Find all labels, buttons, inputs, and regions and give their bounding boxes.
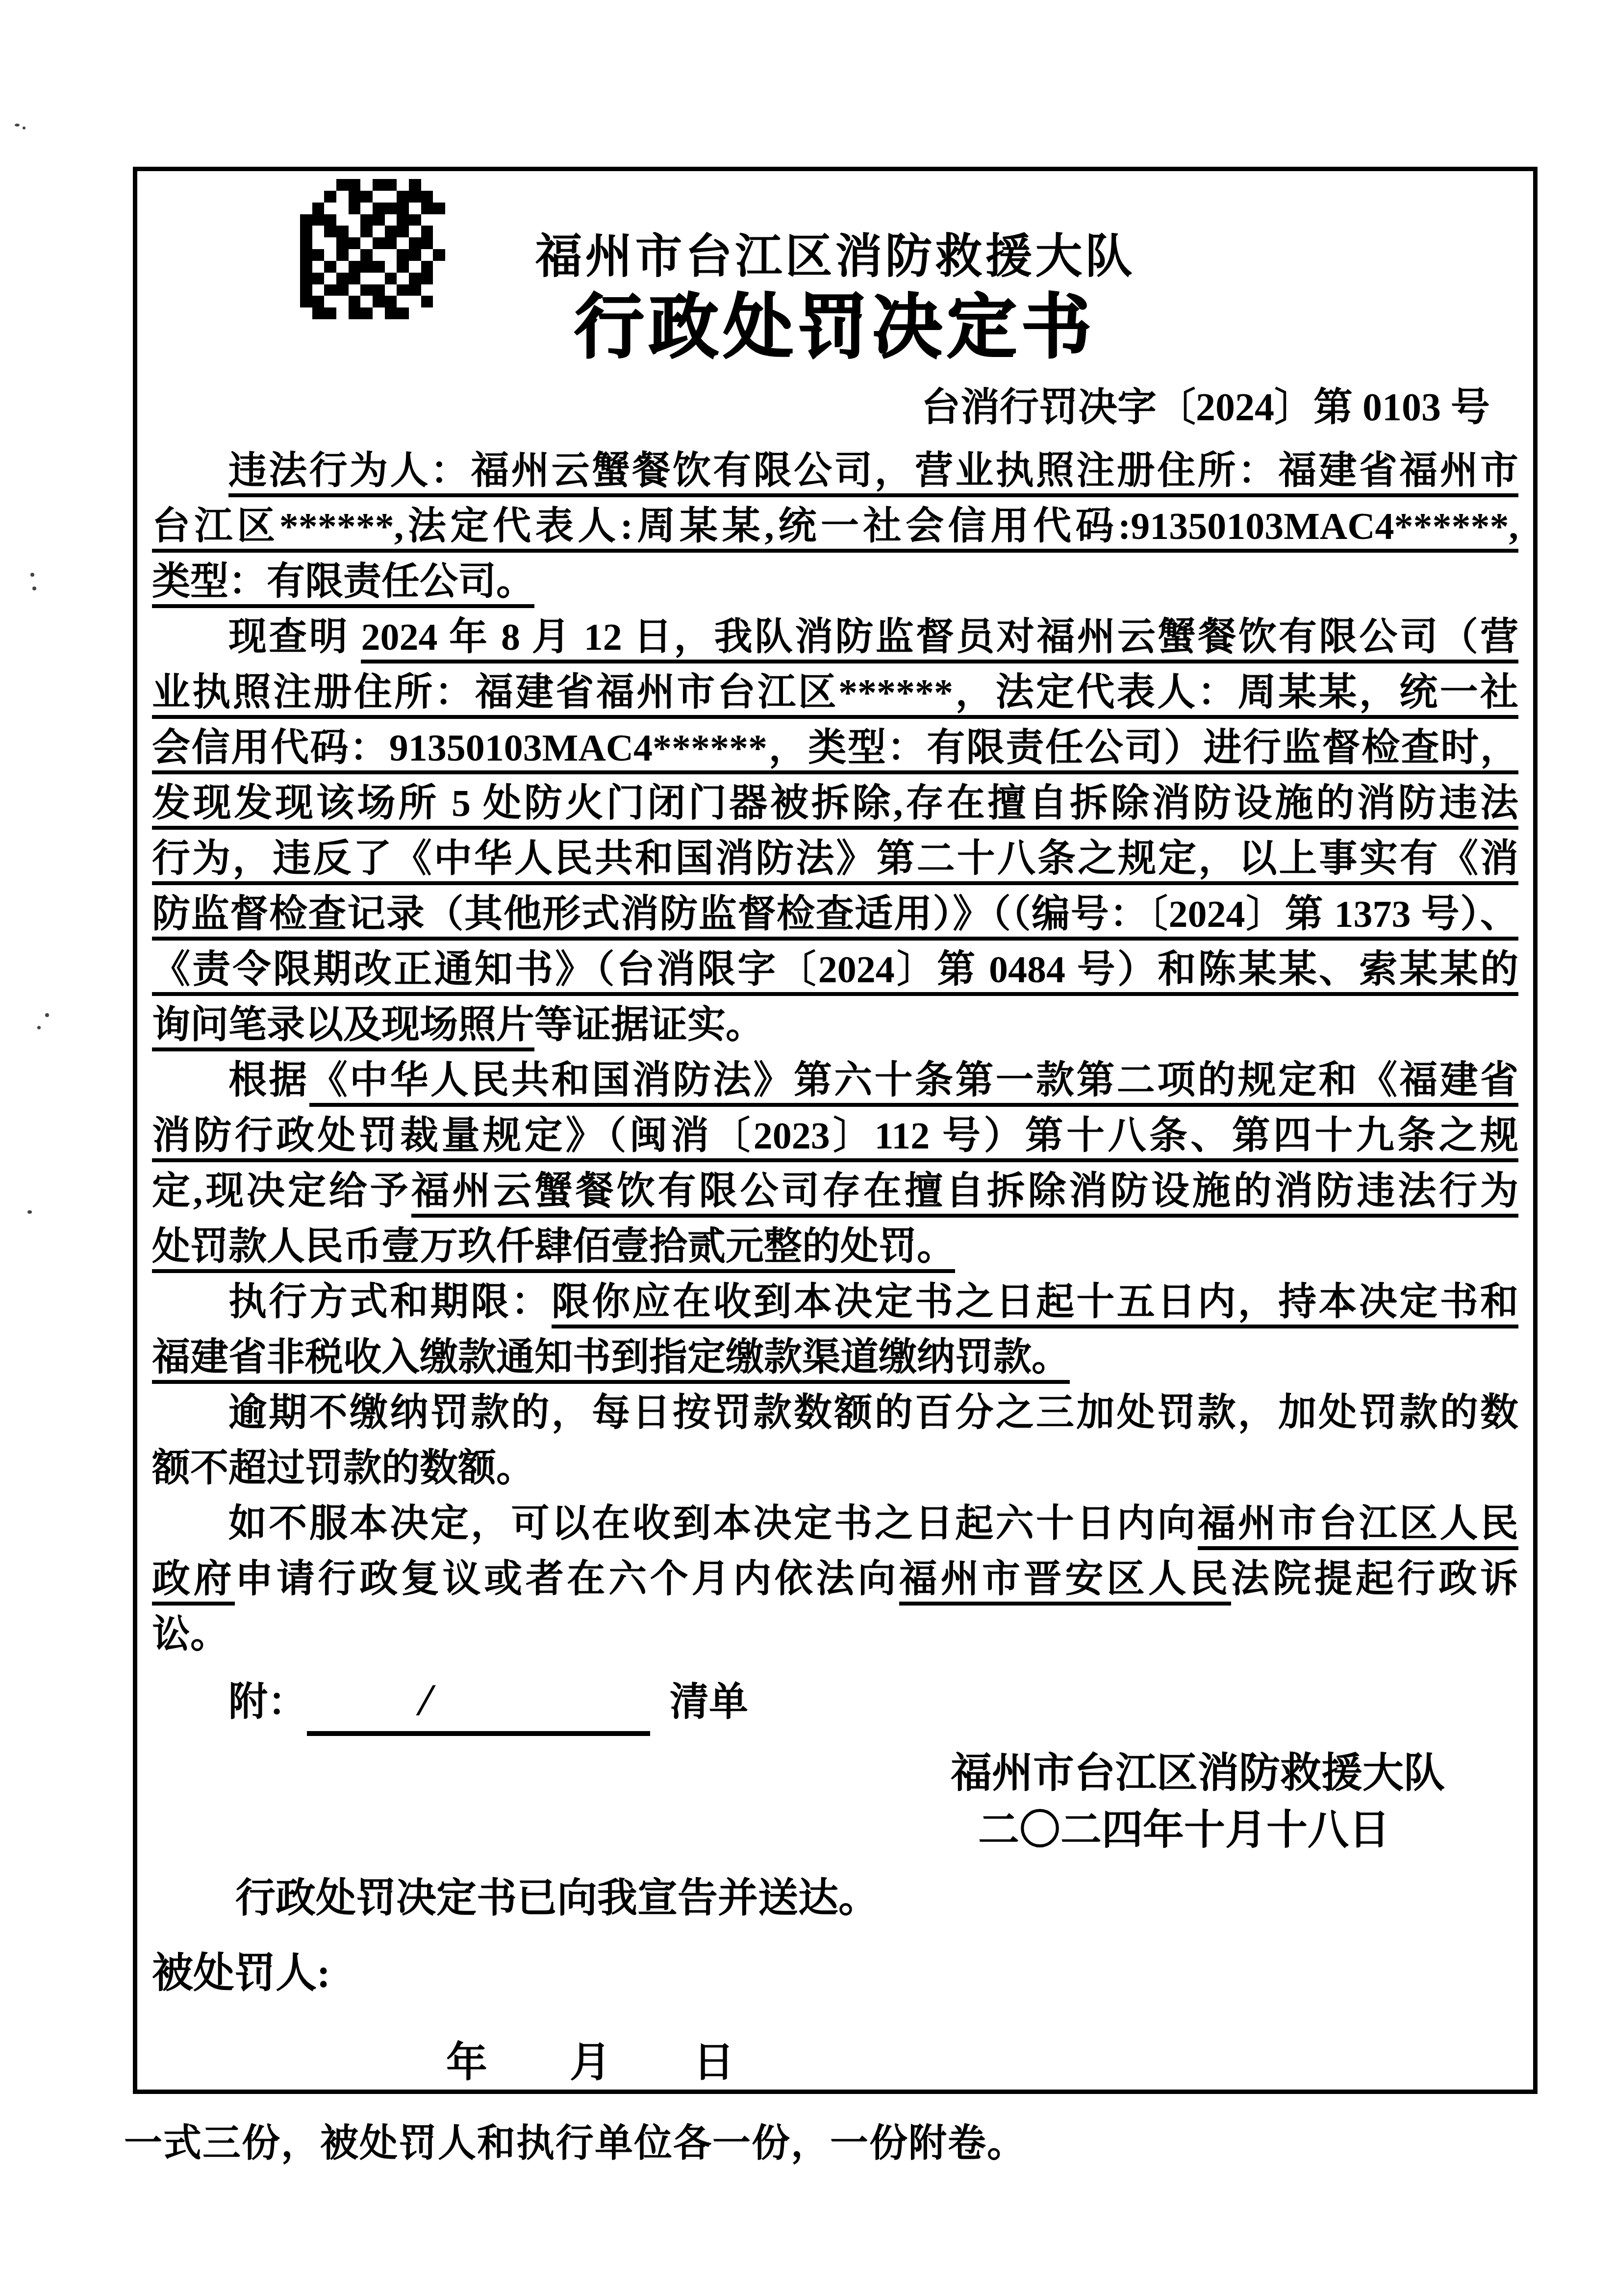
signature-date: 二〇二四年十月十八日 [152, 1802, 1518, 1859]
qr-module [421, 307, 433, 319]
data-matrix-code [300, 179, 445, 319]
qr-module [349, 284, 361, 296]
qr-module [300, 307, 312, 319]
qr-module [349, 261, 361, 273]
qr-module [312, 179, 325, 191]
qr-module [324, 261, 336, 273]
qr-module [397, 249, 409, 261]
qr-module [312, 307, 325, 319]
qr-module [312, 249, 325, 261]
scan-artifact [32, 587, 36, 590]
qr-module [373, 284, 385, 296]
qr-module [373, 214, 385, 226]
qr-module [324, 307, 336, 319]
qr-module [349, 307, 361, 319]
underlined-text: 台江区******,法定代表人:周某某,统一社会信用代码:91350103MAC… [152, 505, 1518, 553]
qr-module [421, 214, 433, 226]
qr-module [421, 203, 433, 214]
qr-module [385, 226, 397, 237]
qr-module [409, 237, 421, 249]
qr-module [360, 249, 373, 261]
body-line: 处罚款人民币壹万玖仟肆佰壹拾贰元整的处罚。 [152, 1219, 1518, 1274]
qr-module [433, 226, 445, 237]
scanned-document-page: { "page": { "org_name": "福州市台江区消防救援大队", … [0, 0, 1614, 2296]
qr-module [324, 273, 336, 284]
plain-text: 定,现决定给予 [152, 1170, 411, 1212]
attachment-label: 附： [228, 1681, 307, 1724]
qr-module [300, 179, 312, 191]
body-line: 额不超过罚款的数额。 [152, 1440, 1518, 1496]
scan-artifact [15, 124, 20, 127]
body-line: 逾期不缴纳罚款的，每日按罚款数额的百分之三加处罚款，加处罚款的数 [152, 1385, 1518, 1440]
qr-module [336, 237, 349, 249]
qr-module [349, 226, 361, 237]
underlined-text: 业执照注册住所：福建省福州市台江区******，法定代表人：周某某，统一社 [152, 671, 1518, 719]
body-line: 消防行政处罚裁量规定》（闽消〔2023〕112 号）第十八条、第四十九条之规 [152, 1108, 1518, 1163]
underlined-text: 2024 年 8 月 12 日，我队消防监督员对福州云蟹餐饮有限公司（营 [361, 615, 1518, 663]
body-line: 询问笔录以及现场照片等证据证实。 [152, 997, 1518, 1052]
underlined-text: 福建省非税收入缴款通知书到指定缴款渠道缴纳罚款。 [152, 1336, 1070, 1384]
qr-module [421, 261, 433, 273]
qr-module [336, 273, 349, 284]
qr-module [385, 179, 397, 191]
qr-module [397, 226, 409, 237]
qr-module [349, 179, 361, 191]
qr-module [397, 237, 409, 249]
scan-artifact [23, 127, 25, 129]
qr-module [409, 226, 421, 237]
qr-module [349, 237, 361, 249]
plain-text: 执行方式和期限： [228, 1280, 552, 1323]
qr-module [433, 307, 445, 319]
qr-module [409, 191, 421, 203]
underlined-text: 违法行为人：福州云蟹餐饮有限公司，营业执照注册住所：福建省福州市 [228, 449, 1518, 497]
body-line: 类型：有限责任公司。 [152, 554, 1518, 609]
body-line: 业执照注册住所：福建省福州市台江区******，法定代表人：周某某，统一社 [152, 664, 1518, 720]
qr-module [409, 214, 421, 226]
body-line: 政府申请行政复议或者在六个月内依法向福州市晋安区人民法院提起行政诉 [152, 1551, 1518, 1607]
qr-module [373, 179, 385, 191]
qr-module [397, 179, 409, 191]
qr-module [336, 226, 349, 237]
qr-module [349, 273, 361, 284]
qr-module [373, 203, 385, 214]
qr-module [300, 214, 312, 226]
body-line: 防监督检查记录（其他形式消防监督检查适用）》（（编号：〔2024〕第 1373 … [152, 886, 1518, 942]
plain-text: 如不服本决定，可以在收到本决定书之日起六十日内向 [228, 1502, 1198, 1545]
qr-module [409, 296, 421, 307]
qr-module [324, 296, 336, 307]
scan-artifact [30, 573, 34, 577]
qr-module [324, 179, 336, 191]
qr-module [360, 203, 373, 214]
qr-module [409, 261, 421, 273]
qr-module [300, 249, 312, 261]
qr-module [373, 296, 385, 307]
qr-module [324, 237, 336, 249]
qr-module [349, 214, 361, 226]
qr-module [421, 273, 433, 284]
qr-module [409, 273, 421, 284]
qr-module [397, 296, 409, 307]
qr-module [324, 214, 336, 226]
body-line: 根据《中华人民共和国消防法》第六十条第一款第二项的规定和《福建省 [152, 1052, 1518, 1108]
qr-module [336, 203, 349, 214]
underlined-text: 会信用代码：91350103MAC4******，类型：有限责任公司）进行监督检… [152, 726, 1518, 774]
qr-module [312, 296, 325, 307]
scan-artifact [27, 1210, 32, 1214]
qr-module [312, 226, 325, 237]
qr-module [433, 261, 445, 273]
qr-module [373, 307, 385, 319]
qr-module [324, 191, 336, 203]
underlined-text: 政府 [152, 1557, 235, 1606]
underlined-text: 消防行政处罚裁量规定》（闽消〔2023〕112 号）第十八条、第四十九条之规 [152, 1114, 1518, 1162]
qr-module [312, 261, 325, 273]
underlined-text: 福州市台江区人民 [1198, 1502, 1518, 1550]
qr-module [336, 249, 349, 261]
qr-module [312, 273, 325, 284]
underlined-text: 限你应在收到本决定书之日起十五日内，持本决定书和 [552, 1280, 1518, 1328]
qr-module [433, 296, 445, 307]
copies-footnote: 一式三份，被处罚人和执行单位各一份，一份附卷。 [124, 2113, 1026, 2168]
qr-module [312, 284, 325, 296]
body-line: 会信用代码：91350103MAC4******，类型：有限责任公司）进行监督检… [152, 720, 1518, 775]
qr-module [360, 307, 373, 319]
qr-module [336, 284, 349, 296]
punished-person-label: 被处罚人: [152, 1945, 1518, 2002]
qr-module [433, 214, 445, 226]
qr-module [385, 273, 397, 284]
underlined-text: 《责令限期改正通知书》（台消限字〔2024〕第 0484 号）和陈某某、索某某的 [152, 948, 1518, 996]
sign-date-blank: 年 月 日 [152, 2035, 1518, 2092]
body-line: 如不服本决定，可以在收到本决定书之日起六十日内向福州市台江区人民 [152, 1496, 1518, 1551]
qr-module [300, 296, 312, 307]
underlined-text: 行为，违反了《中华人民共和国消防法》第二十八条之规定，以上事实有《消 [152, 837, 1518, 885]
qr-module [360, 273, 373, 284]
plain-text: 申请行政复议或者在六个月内依法向 [235, 1557, 899, 1600]
qr-module [300, 237, 312, 249]
underlined-text: 福州云蟹餐饮有限公司存在擅自拆除消防设施的消防违法行为 [411, 1170, 1518, 1218]
qr-module [360, 179, 373, 191]
qr-module [360, 191, 373, 203]
qr-module [421, 296, 433, 307]
document-number: 台消行罚决字〔2024〕第 0103 号 [152, 383, 1518, 432]
plain-text: 现查明 [228, 615, 361, 658]
qr-module [312, 191, 325, 203]
plain-text: 逾期不缴纳罚款的，每日按罚款数额的百分之三加处罚款，加处罚款的数 [228, 1391, 1518, 1434]
qr-module [385, 307, 397, 319]
qr-module [397, 307, 409, 319]
qr-module [324, 249, 336, 261]
qr-module [385, 203, 397, 214]
qr-module [409, 249, 421, 261]
plain-text: 根据 [228, 1059, 309, 1101]
qr-module [360, 261, 373, 273]
qr-module [324, 226, 336, 237]
body-line: 定,现决定给予福州云蟹餐饮有限公司存在擅自拆除消防设施的消防违法行为 [152, 1163, 1518, 1219]
qr-module [385, 237, 397, 249]
qr-module [312, 237, 325, 249]
qr-module [373, 273, 385, 284]
qr-module [373, 191, 385, 203]
body-line: 行为，违反了《中华人民共和国消防法》第二十八条之规定，以上事实有《消 [152, 831, 1518, 886]
qr-module [373, 261, 385, 273]
qr-module [336, 179, 349, 191]
body-line: 福建省非税收入缴款通知书到指定缴款渠道缴纳罚款。 [152, 1329, 1518, 1385]
qr-module [385, 296, 397, 307]
body-line: 台江区******,法定代表人:周某某,统一社会信用代码:91350103MAC… [152, 498, 1518, 554]
qr-module [349, 203, 361, 214]
qr-module [336, 307, 349, 319]
qr-module [397, 191, 409, 203]
qr-module [336, 214, 349, 226]
qr-module [421, 284, 433, 296]
qr-module [385, 249, 397, 261]
qr-module [385, 191, 397, 203]
plain-text: 额不超过罚款的数额。 [152, 1447, 534, 1489]
qr-module [433, 273, 445, 284]
body-line: 《责令限期改正通知书》（台消限字〔2024〕第 0484 号）和陈某某、索某某的 [152, 942, 1518, 997]
qr-module [385, 261, 397, 273]
qr-module [409, 203, 421, 214]
signature-org: 福州市台江区消防救援大队 [152, 1745, 1518, 1802]
attachment-suffix: 清单 [650, 1681, 748, 1724]
qr-module [421, 191, 433, 203]
qr-module [373, 237, 385, 249]
qr-module [409, 284, 421, 296]
plain-text: 法院提起行政诉 [1231, 1557, 1518, 1600]
body-lines: 违法行为人：福州云蟹餐饮有限公司，营业执照注册住所：福建省福州市台江区*****… [152, 443, 1518, 1662]
qr-module [300, 226, 312, 237]
plain-text: 等证据证实。 [534, 1003, 764, 1046]
qr-module [360, 237, 373, 249]
qr-module [300, 261, 312, 273]
underlined-text: 询问笔录以及现场照片 [152, 1003, 534, 1051]
attachment-line: 附：/清单 [152, 1671, 1518, 1729]
qr-module [360, 296, 373, 307]
qr-module [300, 284, 312, 296]
qr-module [373, 226, 385, 237]
qr-module [300, 191, 312, 203]
underlined-text: 《中华人民共和国消防法》第六十条第一款第二项的规定和《福建省 [309, 1059, 1518, 1107]
qr-module [336, 191, 349, 203]
qr-module [397, 214, 409, 226]
body-line: 发现发现该场所 5 处防火门闭门器被拆除,存在擅自拆除消防设施的消防违法 [152, 775, 1518, 831]
body-line: 执行方式和期限：限你应在收到本决定书之日起十五日内，持本决定书和 [152, 1274, 1518, 1329]
plain-text: 讼。 [152, 1613, 228, 1656]
qr-module [421, 179, 433, 191]
underlined-text: 福州市晋安区人民 [899, 1557, 1231, 1606]
qr-module [349, 249, 361, 261]
body-line: 现查明 2024 年 8 月 12 日，我队消防监督员对福州云蟹餐饮有限公司（营 [152, 609, 1518, 664]
qr-module [433, 237, 445, 249]
qr-module [373, 249, 385, 261]
qr-module [409, 179, 421, 191]
qr-module [300, 273, 312, 284]
qr-module [409, 307, 421, 319]
qr-module [360, 284, 373, 296]
qr-module [421, 237, 433, 249]
qr-module [336, 296, 349, 307]
body-line: 违法行为人：福州云蟹餐饮有限公司，营业执照注册住所：福建省福州市 [152, 443, 1518, 498]
document-border-frame: 福州市台江区消防救援大队 行政处罚决定书 台消行罚决字〔2024〕第 0103 … [133, 167, 1538, 2094]
qr-module [336, 261, 349, 273]
scan-artifact [45, 1013, 49, 1017]
qr-module [397, 284, 409, 296]
qr-module [385, 214, 397, 226]
attachment-blank-underline: / [307, 1671, 650, 1736]
qr-module [349, 296, 361, 307]
qr-module [312, 214, 325, 226]
qr-module [433, 179, 445, 191]
underlined-text: 类型：有限责任公司。 [152, 560, 534, 608]
qr-module [433, 203, 445, 214]
underlined-text: 处罚款人民币壹万玖仟肆佰壹拾贰元整的处罚。 [152, 1225, 955, 1273]
qr-module [324, 203, 336, 214]
body-line: 讼。 [152, 1607, 1518, 1662]
qr-module [312, 203, 325, 214]
qr-module [421, 249, 433, 261]
slash-mark: / [301, 1671, 438, 1729]
qr-module [397, 273, 409, 284]
qr-module [433, 191, 445, 203]
document-body: 违法行为人：福州云蟹餐饮有限公司，营业执照注册住所：福建省福州市台江区*****… [152, 443, 1518, 2092]
service-acknowledgement-line: 行政处罚决定书已向我宣告并送达。 [152, 1870, 1518, 1927]
underlined-text: 防监督检查记录（其他形式消防监督检查适用）》（（编号：〔2024〕第 1373 … [152, 893, 1518, 941]
qr-module [300, 203, 312, 214]
scan-artifact [37, 1026, 41, 1029]
qr-module [360, 214, 373, 226]
qr-module [397, 203, 409, 214]
underlined-text: 发现发现该场所 5 处防火门闭门器被拆除,存在擅自拆除消防设施的消防违法 [152, 782, 1518, 830]
qr-module [360, 226, 373, 237]
qr-module [433, 249, 445, 261]
qr-module [349, 191, 361, 203]
qr-module [324, 284, 336, 296]
qr-module [433, 284, 445, 296]
qr-module [397, 261, 409, 273]
qr-module [421, 226, 433, 237]
qr-module [385, 284, 397, 296]
